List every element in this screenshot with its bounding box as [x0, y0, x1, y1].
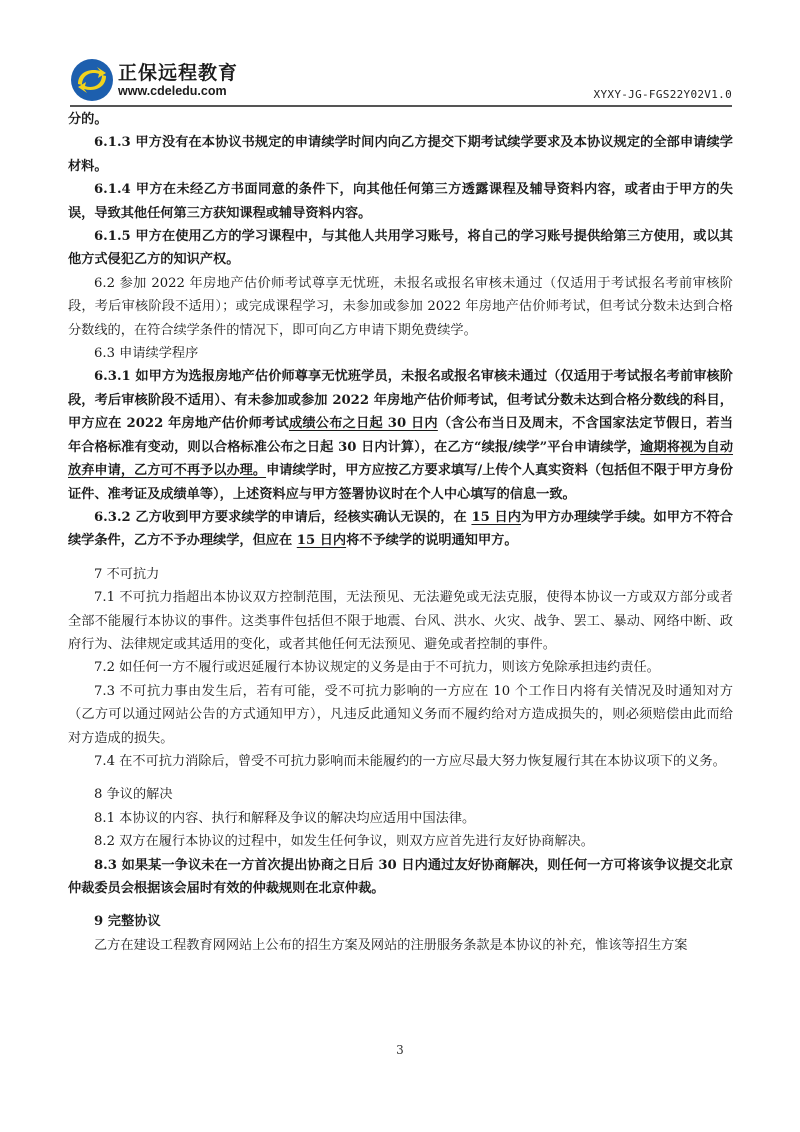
clause-8-1: 8.1 本协议的内容、执行和解释及争议的解决均应适用中国法律。 [68, 807, 733, 830]
clause-6-1-4: 6.1.4 甲方在未经乙方书面同意的条件下，向其他任何第三方透露课程及辅导资料内… [68, 178, 733, 225]
clause-9: 乙方在建设工程教育网网站上公布的招生方案及网站的注册服务条款是本协议的补充，惟该… [68, 934, 733, 957]
clause-7-3: 7.3 不可抗力事由发生后，若有可能，受不可抗力影响的一方应在 10 个工作日内… [68, 680, 733, 750]
page-header: 正保远程教育 www.cdeledu.com XYXY-JG-FGS22Y02V… [70, 58, 732, 104]
document-body: 分的。 6.1.3 甲方没有在本协议书规定的申请续学时间内向乙方提交下期考试续学… [68, 108, 733, 957]
clause-6-1-3: 6.1.3 甲方没有在本协议书规定的申请续学时间内向乙方提交下期考试续学要求及本… [68, 131, 733, 178]
heading-8: 8 争议的解决 [68, 783, 733, 806]
clause-6-3-1: 6.3.1 如甲方为选报房地产估价师尊享无忧班学员，未报名或报名审核未通过（仅适… [68, 365, 733, 505]
clause-7-4: 7.4 在不可抗力消除后，曾受不可抗力影响而未能履约的一方应尽最大努力恢复履行其… [68, 750, 733, 773]
clause-8-3: 8.3 如果某一争议未在一方首次提出协商之日后 30 日内通过友好协商解决，则任… [68, 854, 733, 901]
underlined-15-days: 15 日内 [297, 533, 346, 548]
heading-7: 7 不可抗力 [68, 563, 733, 586]
clause-7-2: 7.2 如任何一方不履行或迟延履行本协议规定的义务是由于不可抗力，则该方免除承担… [68, 656, 733, 679]
clause-7-1: 7.1 不可抗力指超出本协议双方控制范围，无法预见、无法避免或无法克服，使得本协… [68, 586, 733, 656]
heading-6-3: 6.3 申请续学程序 [68, 342, 733, 365]
underlined-15-days: 15 日内 [471, 510, 521, 525]
brand: 正保远程教育 www.cdeledu.com [118, 62, 238, 98]
cdeledu-logo-icon [70, 58, 114, 102]
header-divider [70, 105, 732, 107]
underlined-deadline: 成绩公布之日起 30 日内 [289, 416, 438, 431]
brand-url: www.cdeledu.com [118, 84, 238, 98]
document-code: XYXY-JG-FGS22Y02V1.0 [594, 88, 732, 101]
clause-8-2: 8.2 双方在履行本协议的过程中，如发生任何争议，则双方应首先进行友好协商解决。 [68, 830, 733, 853]
paragraph-continuation: 分的。 [68, 108, 733, 131]
clause-6-1-5: 6.1.5 甲方在使用乙方的学习课程中，与其他人共用学习账号，将自己的学习账号提… [68, 225, 733, 272]
heading-9: 9 完整协议 [68, 910, 733, 933]
clause-6-2: 6.2 参加 2022 年房地产估价师考试尊享无忧班，未报名或报名审核未通过（仅… [68, 272, 733, 342]
brand-name: 正保远程教育 [118, 62, 238, 84]
page-number: 3 [0, 1043, 800, 1057]
clause-6-3-2: 6.3.2 乙方收到甲方要求续学的申请后，经核实确认无误的，在 15 日内为甲方… [68, 506, 733, 553]
